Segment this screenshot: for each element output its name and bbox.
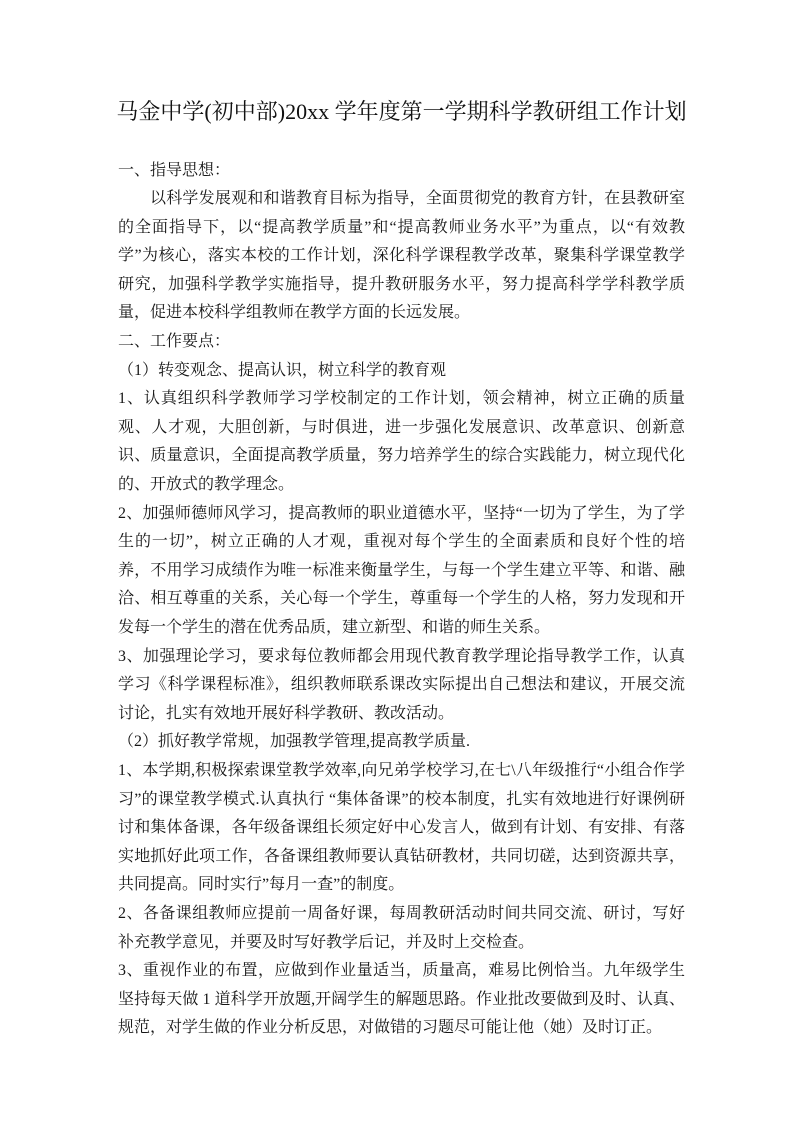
document-page: 马金中学(初中部)20xx 学年度第一学期科学教研组工作计划 一、指导思想： 以… [0,0,793,1122]
sub-heading-teaching-routine: （2）抓好教学常规，加强教学管理,提高教学质量. [118,728,685,757]
paragraph-guiding-ideology-body: 以科学发展观和和谐教育目标为指导，全面贯彻党的教育方针，在县教研室的全面指导下，… [118,185,685,328]
paragraph-item-1-study-plan: 1、认真组织科学教师学习学校制定的工作计划，领会精神，树立正确的质量观、人才观，… [118,385,685,499]
paragraph-item-2-teacher-ethics: 2、加强师德师风学习，提高教师的职业道德水平，坚持“一切为了学生，为了学生的一切… [118,500,685,643]
section-heading-work-points: 二、工作要点： [118,328,685,357]
paragraph-item-2-lesson-preparation: 2、各备课组教师应提前一周备好课，每周教研活动时间共同交流、研讨，写好补充教学意… [118,900,685,957]
paragraph-item-3-homework: 3、重视作业的布置，应做到作业量适当，质量高，难易比例恰当。九年级学生坚持每天做… [118,957,685,1043]
paragraph-item-3-theory-study: 3、加强理论学习，要求每位教师都会用现代教育教学理论指导教学工作，认真学习《科学… [118,643,685,729]
section-heading-guiding-ideology: 一、指导思想： [118,157,685,186]
paragraph-item-1-group-learning: 1、本学期,积极探索课堂教学效率,向兄弟学校学习,在七\八年级推行“小组合作学习… [118,757,685,900]
document-body: 一、指导思想： 以科学发展观和和谐教育目标为指导，全面贯彻党的教育方针，在县教研… [118,157,685,1043]
document-title: 马金中学(初中部)20xx 学年度第一学期科学教研组工作计划 [60,0,743,126]
sub-heading-change-concepts: （1）转变观念、提高认识，树立科学的教育观 [118,357,685,386]
